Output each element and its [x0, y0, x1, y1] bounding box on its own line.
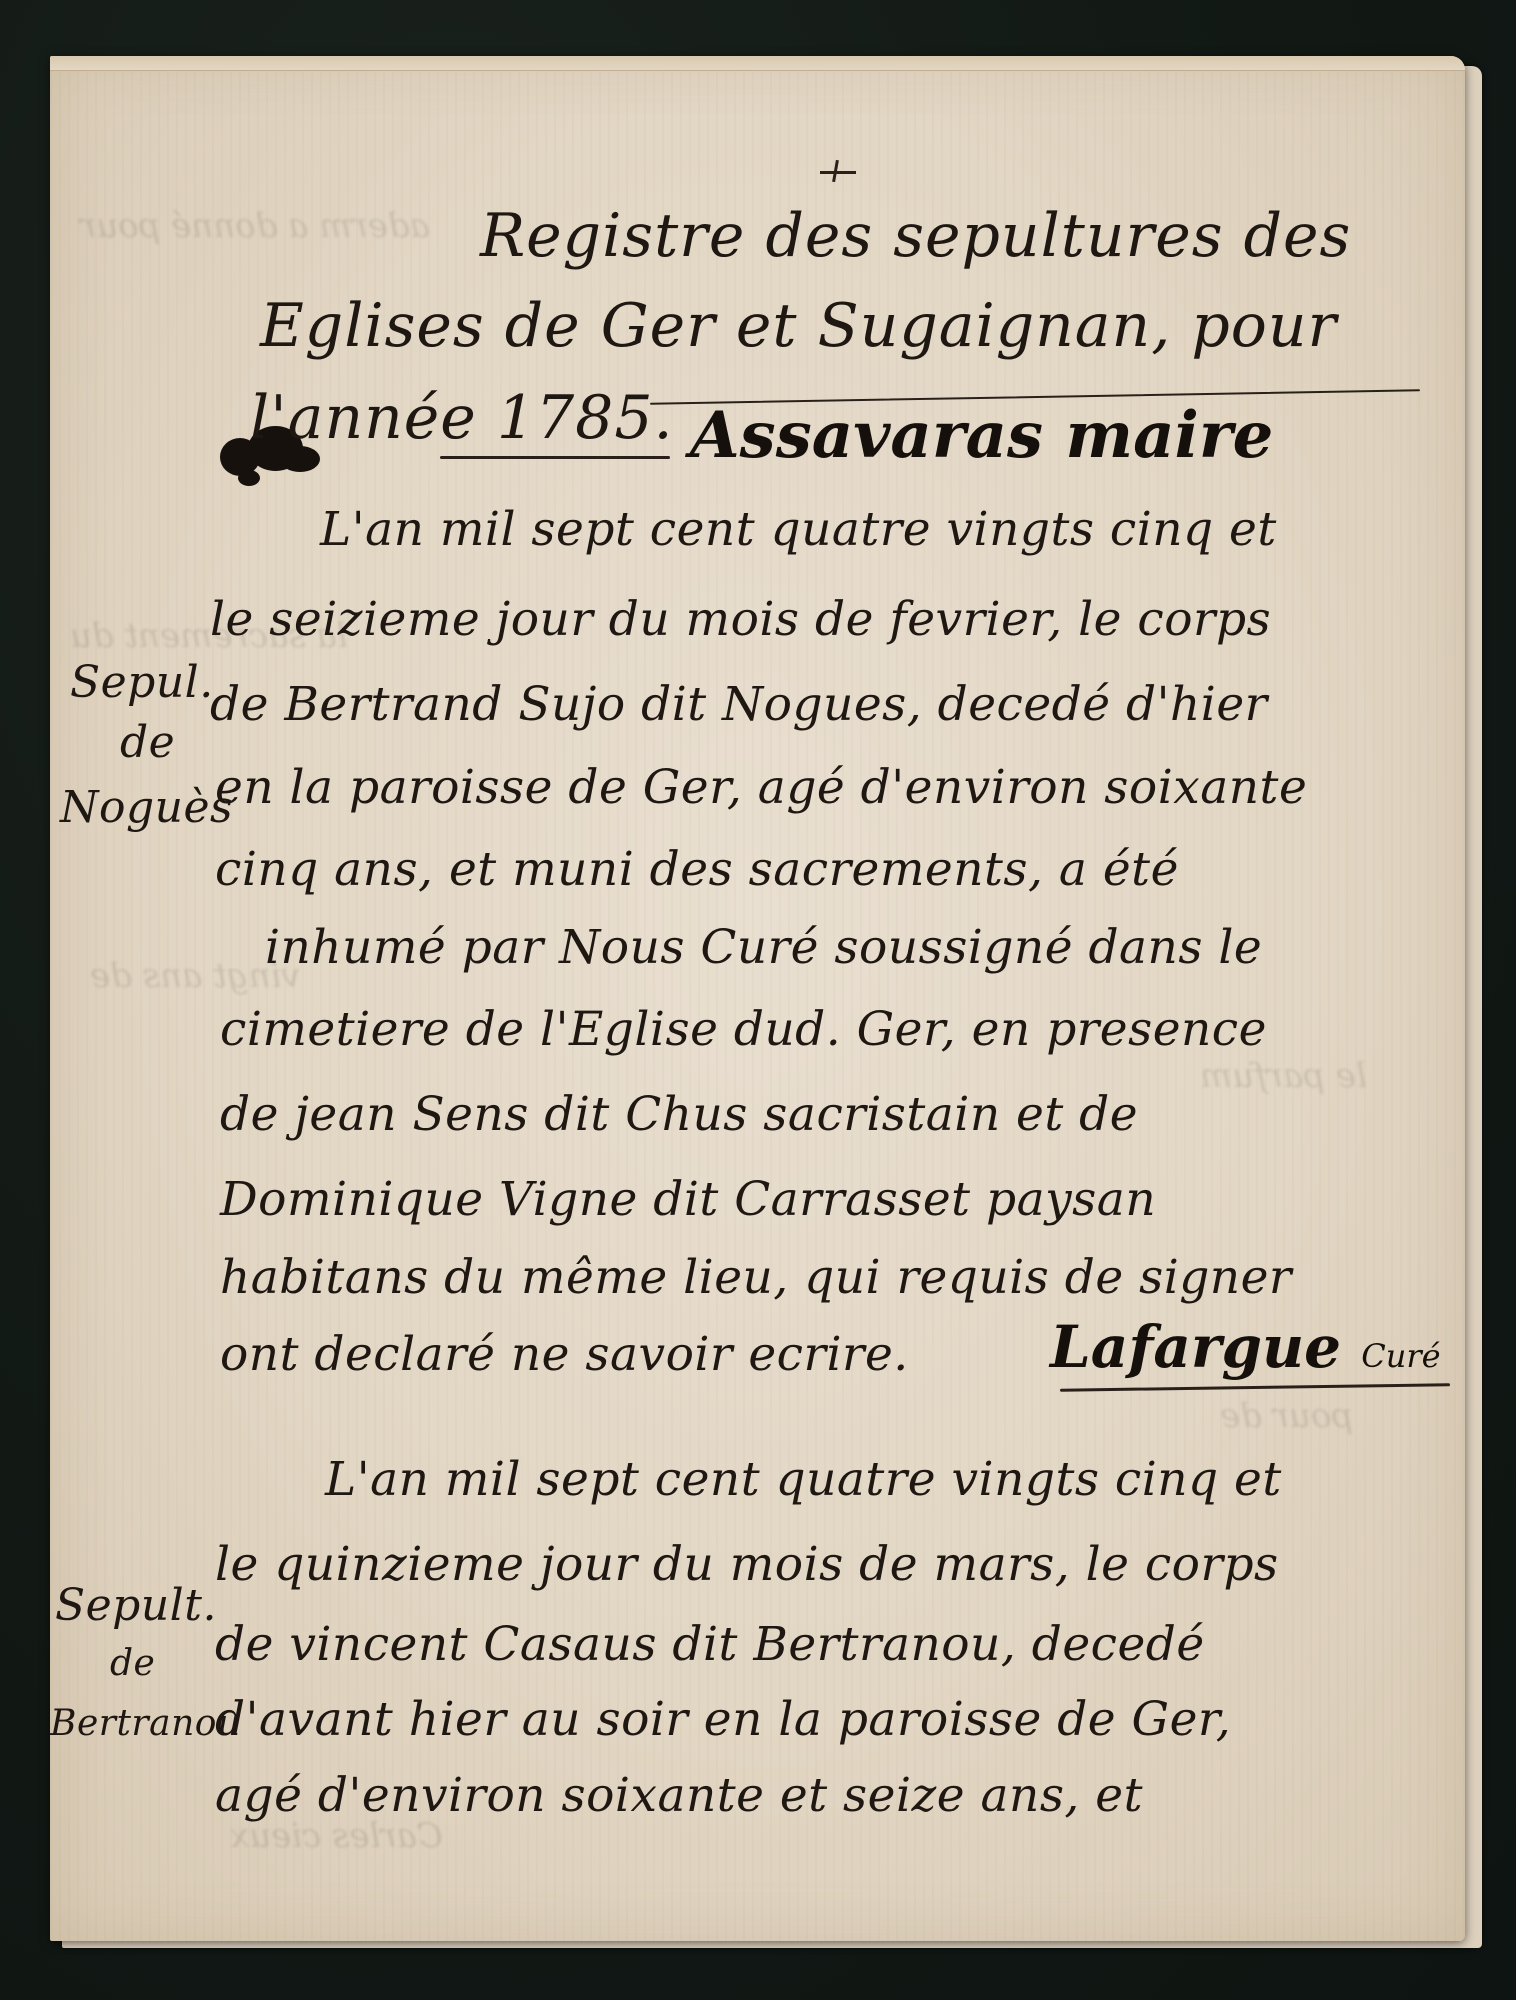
- heading-underline: [440, 456, 670, 459]
- entry-line: en la paroisse de Ger, agé d'environ soi…: [215, 764, 1307, 811]
- entry-line: le seizieme jour du mois de fevrier, le …: [210, 596, 1271, 643]
- margin-note-line: Sepul.: [70, 661, 214, 705]
- heading-line-2: Eglises de Ger et Sugaignan, pour: [260, 296, 1337, 356]
- entry-line: inhumé par Nous Curé soussigné dans le: [265, 924, 1262, 971]
- heading-line-1: Registre des sepultures des: [480, 206, 1351, 266]
- margin-note-line: Sepult.: [55, 1584, 217, 1628]
- margin-note-line: Bertranou: [50, 1706, 241, 1742]
- heading-line-3: l'année 1785.: [250, 388, 674, 448]
- entry-line: de jean Sens dit Chus sacristain et de: [220, 1091, 1138, 1138]
- bleed-through-text: aderm a donné pour: [80, 206, 430, 246]
- entry-line: agé d'environ soixante et seize ans, et: [215, 1772, 1143, 1819]
- entry-line: de Bertrand Sujo dit Nogues, decedé d'hi…: [210, 681, 1268, 728]
- cross-mark-icon: [820, 171, 856, 196]
- entry-line: cinq ans, et muni des sacrements, a été: [215, 846, 1179, 893]
- entry-line: Dominique Vigne dit Carrasset paysan: [220, 1176, 1156, 1223]
- attestation-signature: Assavaras maire: [690, 404, 1273, 468]
- entry-line: L'an mil sept cent quatre vingts cinq et: [325, 1456, 1282, 1503]
- cure-signature: Lafargue Curé: [1050, 1318, 1441, 1376]
- bleed-through-text: pour de: [1220, 1396, 1353, 1436]
- margin-note-line: de: [110, 1646, 155, 1682]
- entry-line: le quinzieme jour du mois de mars, le co…: [215, 1541, 1279, 1588]
- margin-note-line: Noguès: [60, 786, 233, 830]
- entry-line: d'avant hier au soir en la paroisse de G…: [215, 1696, 1231, 1743]
- signature-name: Lafargue: [1050, 1313, 1341, 1381]
- bleed-through-text: le parfum: [1200, 1056, 1367, 1096]
- entry-line: ont declaré ne savoir ecrire.: [220, 1331, 909, 1378]
- entry-line: habitans du même lieu, qui requis de sig…: [220, 1254, 1292, 1301]
- entry-line: cimetiere de l'Eglise dud. Ger, en prese…: [220, 1006, 1267, 1053]
- entry-line: L'an mil sept cent quatre vingts cinq et: [320, 506, 1277, 553]
- signature-underline: [1060, 1383, 1450, 1391]
- entry-line: de vincent Casaus dit Bertranou, decedé: [215, 1621, 1205, 1668]
- margin-note-line: de: [120, 721, 175, 765]
- signature-title: Curé: [1361, 1337, 1440, 1375]
- page-fold-edge: [50, 56, 1465, 71]
- manuscript-page: aderm a donné pour la sacrement du vingt…: [50, 56, 1465, 1941]
